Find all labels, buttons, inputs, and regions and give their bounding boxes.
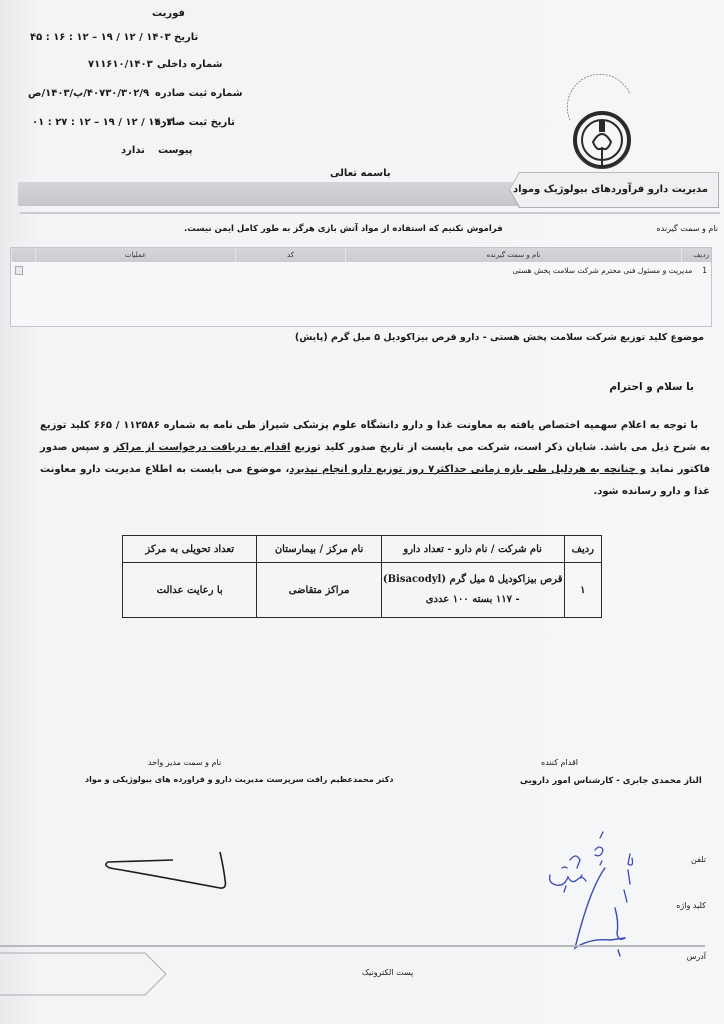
department-title: مدیریت دارو فرآوردهای بیولوژیک ومواد [513,184,708,195]
header-center: نام مرکز / بیمارستان [257,536,381,563]
issue-reg-date-value: ۱۴۰۳ / ۱۲ / ۱۹ – ۱۲ : ۲۷ : ۰۱ [32,117,173,128]
drug-name: قرص بیزاکودیل ۵ میل گرم (Bisacodyl) [383,570,563,590]
internal-number-value: ۷۱۱۶۱۰/۱۴۰۳ [88,59,153,70]
cell-radif: ۱ [564,563,601,618]
university-emblem-icon [560,80,650,180]
row-radif: 1 [702,266,707,275]
cell-delivery: با رعایت عدالت [123,563,257,618]
header-code: کد [235,248,345,262]
manager-name: دکتر محمدعظیم رافت سرپرست مدیریت دارو و … [85,775,393,784]
row-recipient-name: مدیریت و مسئول فنی محترم شرکت سلامت پخش … [512,266,692,275]
table-row: ۱ قرص بیزاکودیل ۵ میل گرم (Bisacodyl) - … [123,563,602,618]
row-action-icon[interactable] [15,266,23,275]
footer-divider [0,945,705,947]
header-radif: ردیف [564,536,601,563]
actor-name: الناز محمدی جابری - کارشناس امور دارویی [520,776,702,786]
recipient-table-header: ردیف نام و سمت گیرنده کد عملیات [11,248,711,262]
header-radif: ردیف [681,248,711,262]
issue-reg-number-label: شماره ثبت صادره [155,88,243,99]
manager-label: نام و سمت مدیر واحد [148,758,221,767]
distribution-table-header: ردیف نام شرکت / نام دارو - تعداد دارو نا… [123,536,602,563]
letter-body: با توجه به اعلام سهمیه اختصاص یافته به م… [40,415,710,503]
table-row: 1 مدیریت و مسئول فنی محترم شرکت سلامت پخ… [512,266,707,275]
divider [20,212,720,214]
letter-page: فوریت ۱۴۰۳ / ۱۲ / ۱۹ – ۱۲ : ۱۶ : ۴۵ تاری… [0,0,724,1024]
issue-reg-number-value: ۴۰۷۳۰/۳۰۲/۹/پ/۱۴۰۳/ص [28,88,149,99]
address-label: آدرس [687,952,706,961]
body-underline-2: و چنانچه به هردلیل طی بازه زمانی حداکثر۷… [289,464,646,475]
attachment-label: پیوست [158,145,193,156]
keyword-label: کلید واژه [676,901,706,910]
basmala-heading: باسمه تعالی [330,168,391,179]
safety-warning: فراموش نکنیم که استفاده از مواد آتش بازی… [184,224,503,234]
distribution-table: ردیف نام شرکت / نام دارو - تعداد دارو نا… [122,535,602,618]
phone-label: تلفن [691,855,706,864]
drug-quantity: - ۱۱۷ بسته ۱۰۰ عددی [383,590,563,610]
email-field-box [0,952,170,996]
header-spacer [11,248,35,262]
manager-signature-icon [105,850,305,910]
cell-drug: قرص بیزاکودیل ۵ میل گرم (Bisacodyl) - ۱۱… [381,563,564,618]
actor-signature-icon [570,868,700,978]
date-value: ۱۴۰۳ / ۱۲ / ۱۹ – ۱۲ : ۱۶ : ۴۵ [30,32,171,43]
recipient-table: ردیف نام و سمت گیرنده کد عملیات 1 مدیریت… [10,247,712,327]
urgency-label: فوریت [152,8,185,19]
cell-center: مراکز متقاضی [257,563,381,618]
actor-label: اقدام کننده [541,758,578,767]
urgency-row: فوریت [152,8,724,19]
salutation: با سلام و احترام [609,381,694,393]
header-recipient-name: نام و سمت گیرنده [345,248,681,262]
body-underline-1: اقدام به دریافت درخواست از مراکز [114,442,291,453]
header-company-drug: نام شرکت / نام دارو - تعداد دارو [381,536,564,563]
header-operations: عملیات [35,248,235,262]
recipient-label: نام و سمت گیرنده [656,224,718,233]
internal-number-label: شماره داخلی [157,59,222,70]
issue-reg-date-label: تاریخ ثبت صادره [155,117,235,128]
header-delivery-count: تعداد تحویلی به مرکز [123,536,257,563]
date-label: تاریخ [174,32,198,43]
letter-subject: موضوع کلید توزیع شرکت سلامت پخش هستی - د… [295,332,704,343]
email-label: پست الکترونیک [362,968,413,977]
university-logo [560,80,640,170]
attachment-value: ندارد [121,145,145,156]
